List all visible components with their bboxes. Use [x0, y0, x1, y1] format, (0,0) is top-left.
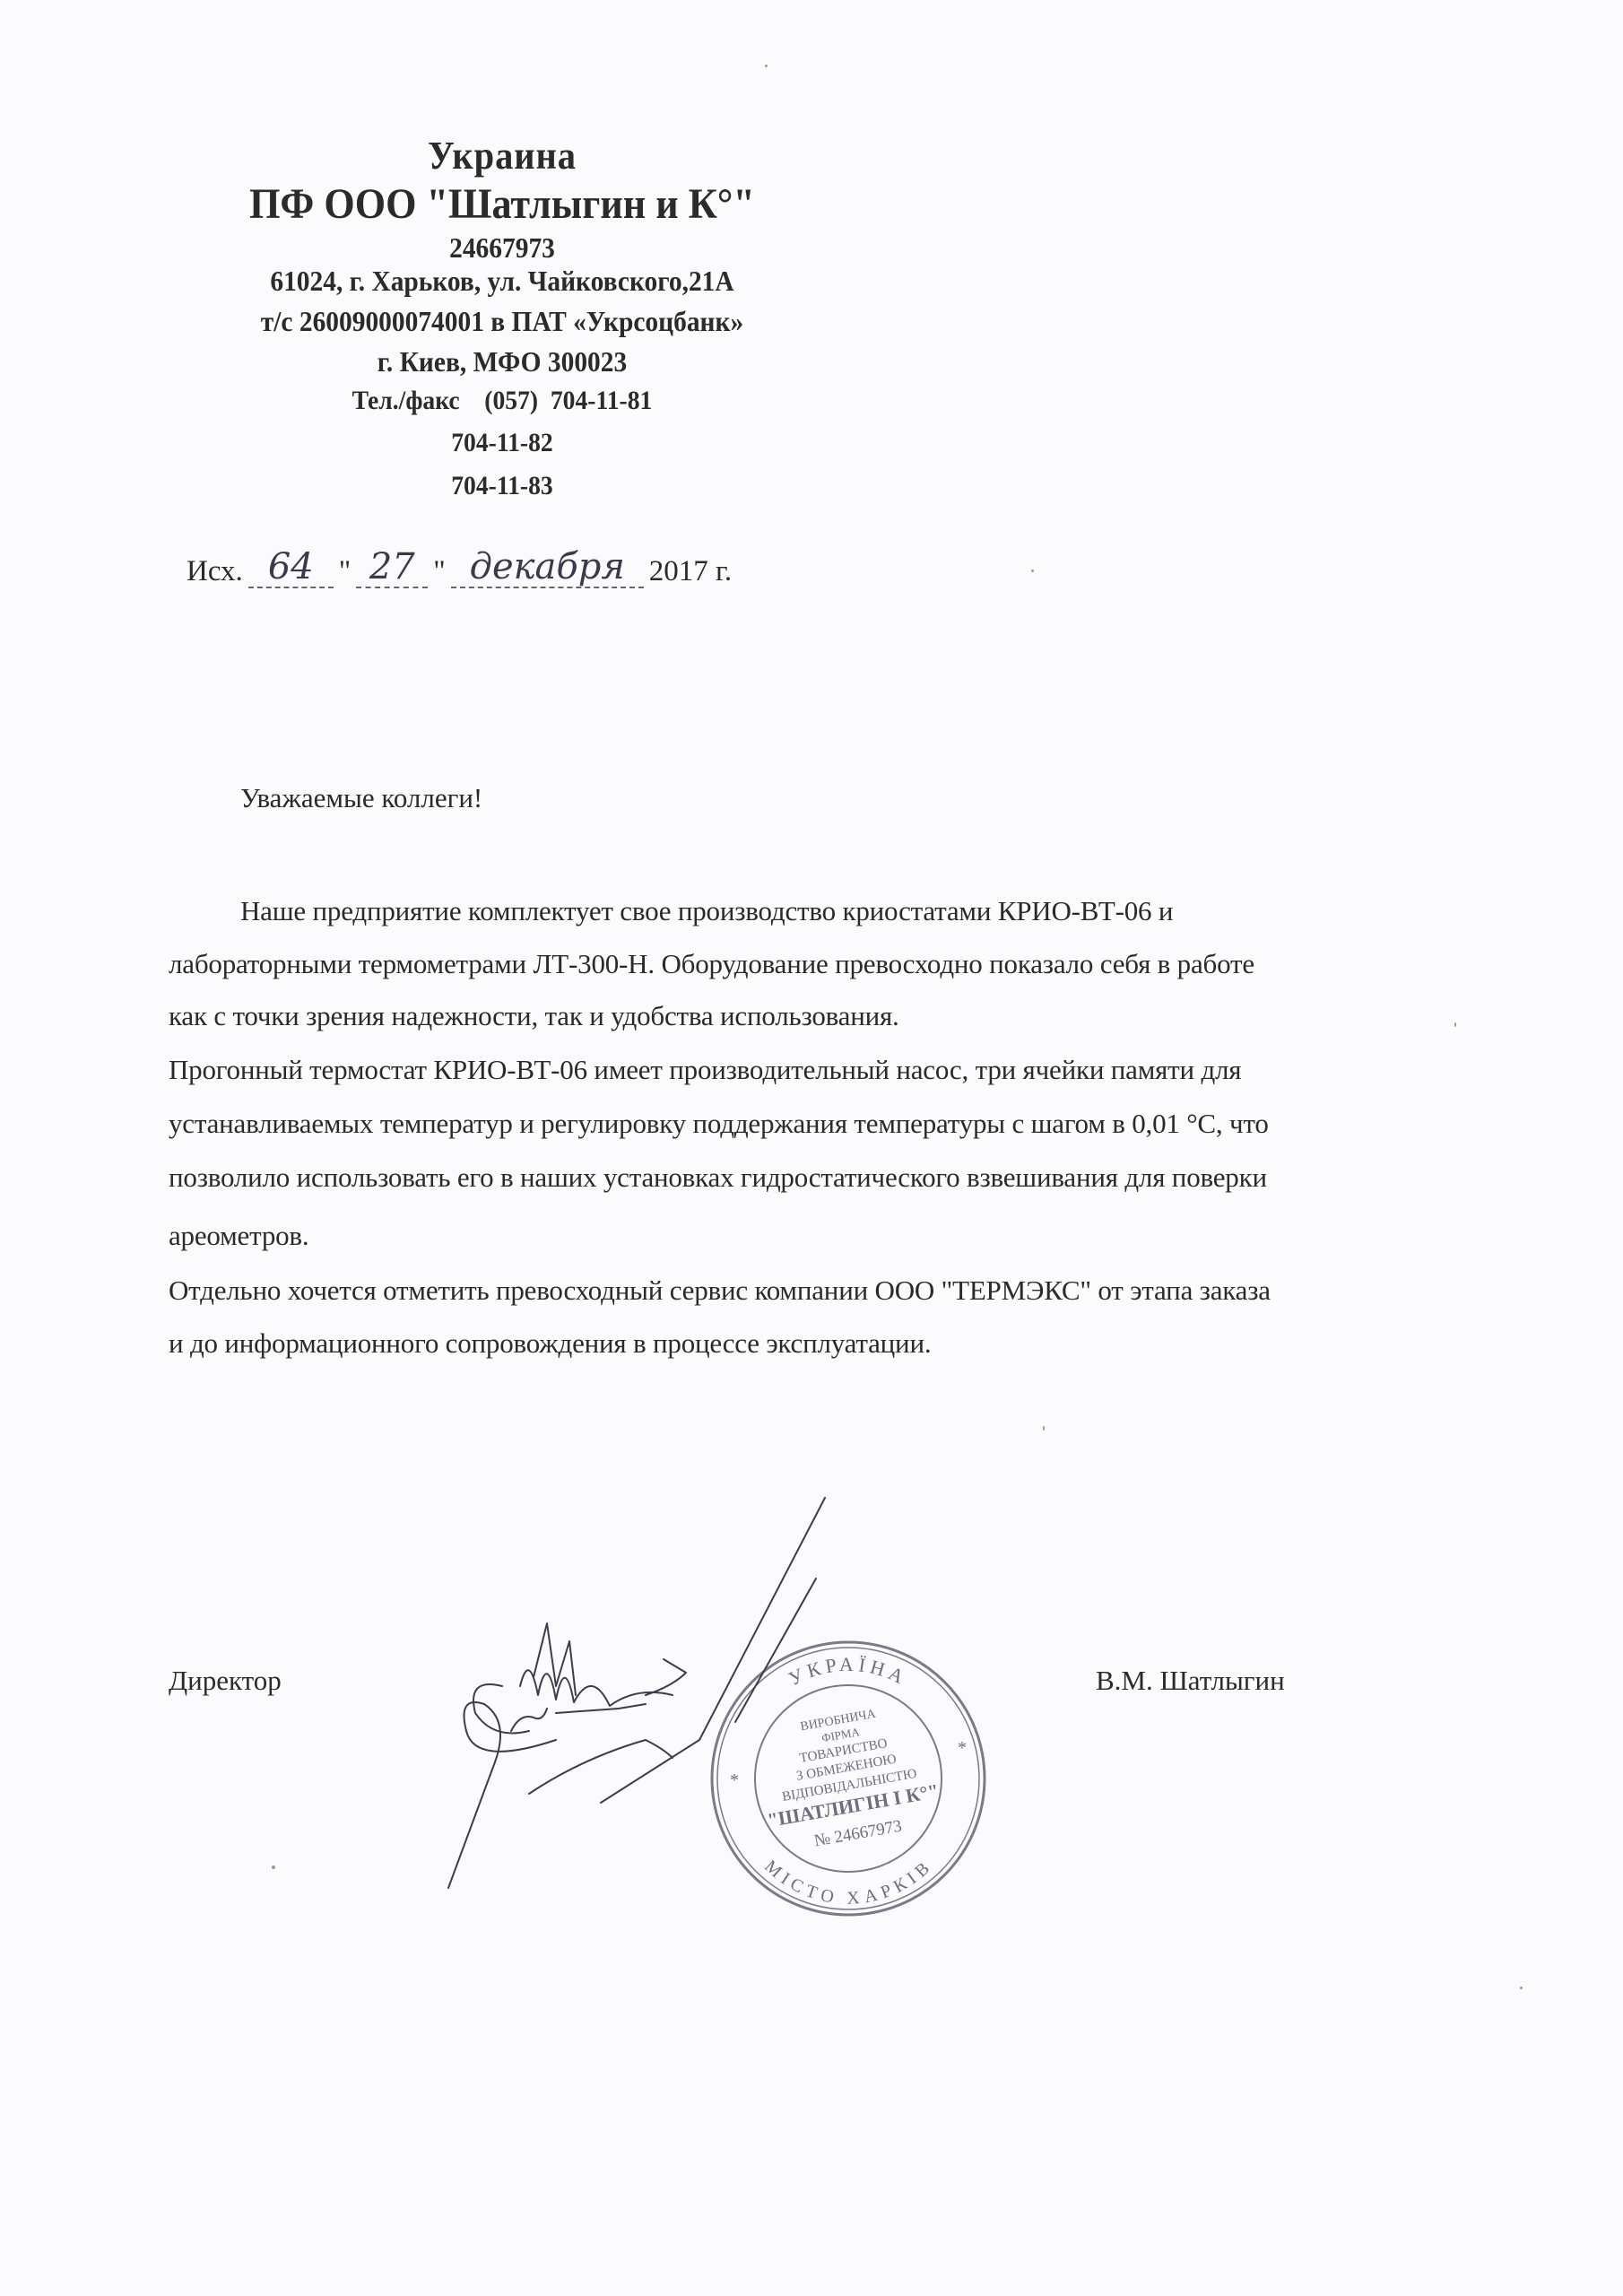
letterhead-code: 24667973 — [197, 231, 808, 265]
scan-speck — [1043, 1426, 1045, 1431]
letterhead-phone-line: Тел./факс (057) 704-11-81 — [197, 386, 808, 416]
quote-close: " — [433, 555, 445, 588]
body-line: позволило использовать его в наших устан… — [169, 1161, 1267, 1194]
letterhead-country: Украина — [197, 133, 808, 178]
reference-month: декабря — [451, 547, 644, 588]
reference-prefix: Исх. — [187, 555, 243, 588]
body-line: ареометров. — [169, 1220, 308, 1252]
body-line: устанавливаемых температур и регулировку… — [169, 1108, 1269, 1140]
phone-area-code: (057) — [484, 386, 538, 415]
letterhead-company: ПФ ООО "Шатлыгин и К°" — [197, 179, 808, 229]
reference-day: 27 — [356, 547, 428, 588]
body-line: как с точки зрения надежности, так и удо… — [169, 1000, 899, 1032]
scan-speck — [1454, 1022, 1456, 1027]
outgoing-reference: Исх. 64 " 27 " декабря 2017 г. — [187, 547, 732, 588]
signatory-name: В.М. Шатлыгин — [1096, 1665, 1285, 1697]
phone-number-3: 704-11-83 — [197, 471, 808, 501]
phone-label: Тел./факс — [352, 386, 460, 415]
body-line: и до информационного сопровождения в про… — [169, 1327, 931, 1360]
letterhead-bank-account: т/с 26009000074001 в ПАТ «Укрсоцбанк» — [197, 305, 808, 338]
salutation: Уважаемые коллеги! — [240, 782, 482, 814]
body-line: лабораторными термометрами ЛТ-300-Н. Обо… — [169, 948, 1254, 980]
phone-number-1: 704-11-81 — [551, 386, 652, 415]
scan-speck — [272, 1865, 275, 1869]
handwritten-signature-icon — [377, 1471, 879, 1901]
scan-speck — [1031, 570, 1034, 572]
scan-speck — [1520, 1987, 1523, 1989]
reference-number: 64 — [248, 547, 334, 588]
body-line: Отдельно хочется отметить превосходный с… — [169, 1274, 1271, 1307]
reference-year: 2017 г. — [649, 555, 732, 588]
quote-open: " — [339, 555, 351, 588]
phone-number-2: 704-11-82 — [197, 428, 808, 458]
letterhead-address: 61024, г. Харьков, ул. Чайковского,21А — [197, 265, 808, 298]
body-line: Наше предприятие комплектует свое произв… — [240, 895, 1173, 927]
scan-speck — [765, 65, 768, 67]
letterhead-bank-city: г. Киев, МФО 300023 — [197, 345, 808, 378]
body-line: Прогонный термостат КРИО-ВТ-06 имеет про… — [169, 1054, 1241, 1086]
svg-text:*: * — [958, 1738, 967, 1758]
signatory-role: Директор — [169, 1665, 282, 1697]
